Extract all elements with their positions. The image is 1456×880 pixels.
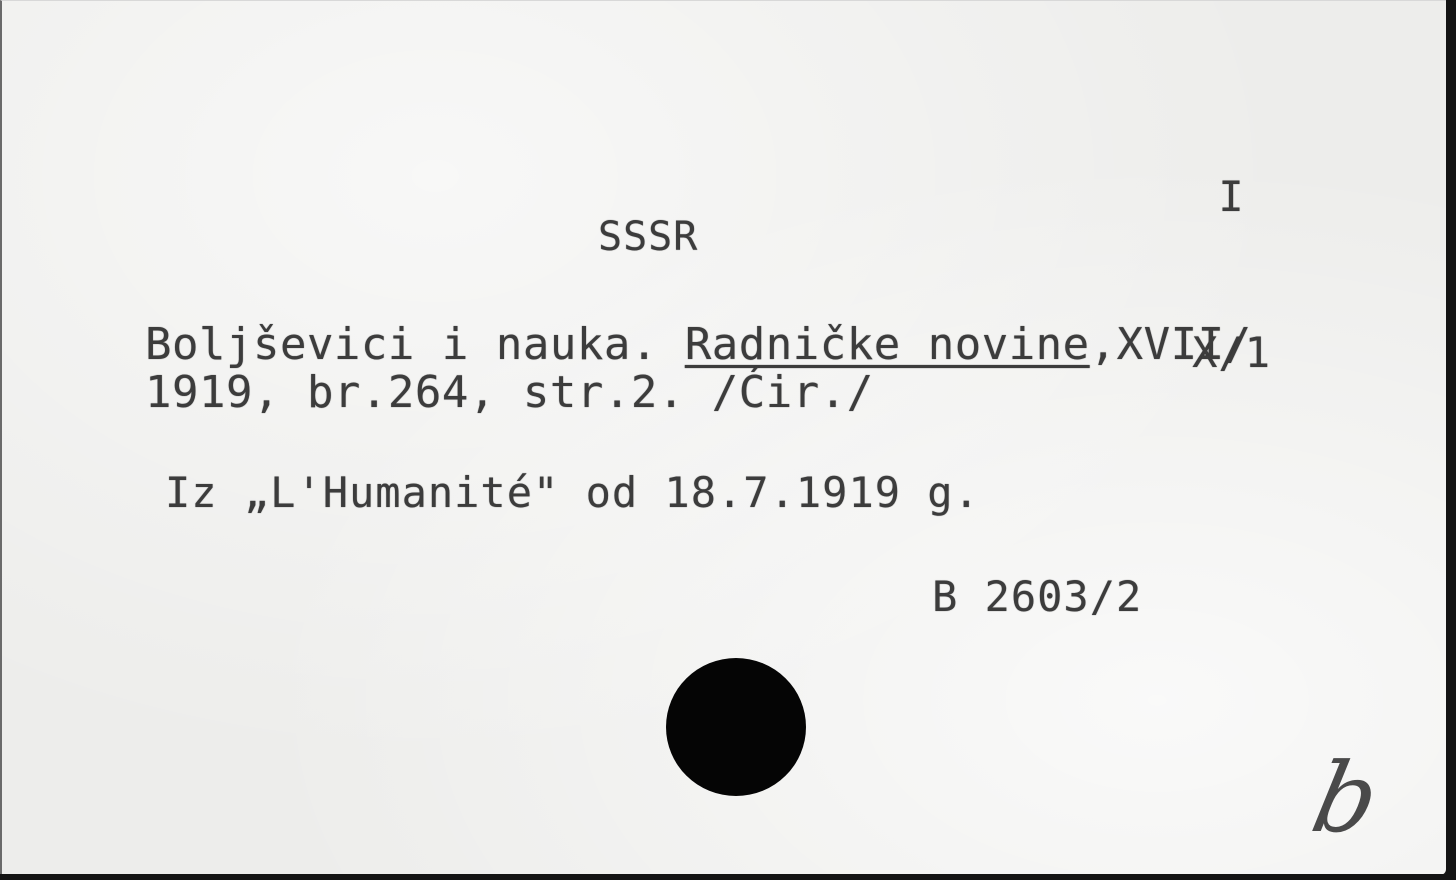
- entry-line-1: Boljševici i nauka. Radničke novine,XVII…: [145, 321, 1252, 369]
- article-title: Boljševici i nauka.: [145, 319, 685, 370]
- subject-heading: SSSR: [598, 213, 698, 261]
- call-number: I X/1: [1179, 67, 1284, 483]
- source-note: Iz „L'Humanité" od 18.7.1919 g.: [165, 469, 980, 517]
- handwritten-mark: b: [1303, 743, 1388, 853]
- punch-hole: [666, 658, 806, 796]
- scan-border-right: [1446, 0, 1456, 880]
- entry-line-2: 1919, br.264, str.2. /Ćir./: [145, 369, 874, 417]
- scan-border-bottom: [0, 874, 1456, 880]
- shelfmark: B 2603/2: [932, 573, 1142, 621]
- volume-number: ,XVII/: [1090, 319, 1252, 370]
- catalog-card: I X/1 SSSR Boljševici i nauka. Radničke …: [0, 0, 1446, 875]
- periodical-title: Radničke novine: [685, 319, 1090, 370]
- call-number-line1: I: [1179, 171, 1284, 223]
